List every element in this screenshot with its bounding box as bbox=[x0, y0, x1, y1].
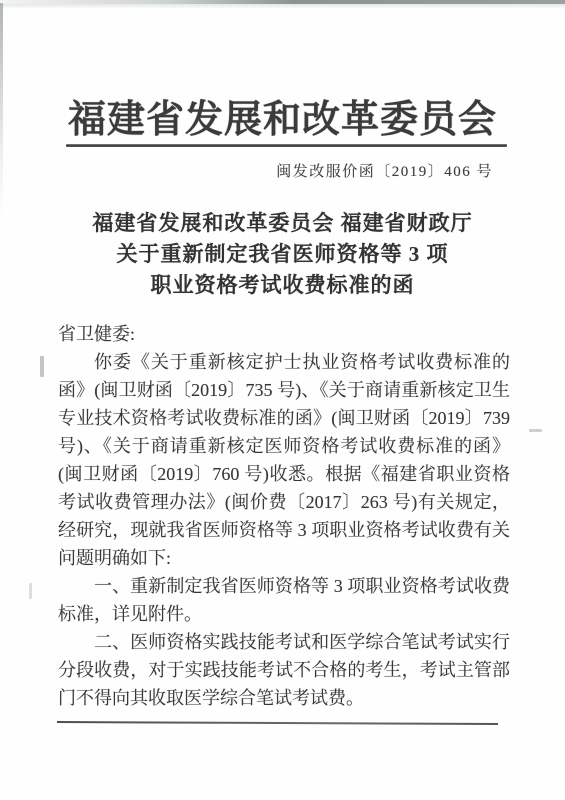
letter-title-line-2: 关于重新制定我省医师资格等 3 项 bbox=[0, 239, 565, 270]
scan-speck-artifact bbox=[40, 356, 44, 377]
header-divider-rule bbox=[66, 144, 507, 147]
body-paragraph-2: 一、重新制定我省医师资格等 3 项职业资格考试收费标准，详见附件。 bbox=[58, 572, 510, 628]
letter-title-line-3: 职业资格考试收费标准的函 bbox=[0, 270, 565, 301]
body-paragraph-1: 你委《关于重新核定护士执业资格考试收费标准的函》(闽卫财函〔2019〕735 号… bbox=[58, 348, 510, 572]
body-paragraph-3: 二、医师资格实践技能考试和医学综合笔试考试实行分段收费，对于实践技能考试不合格的… bbox=[58, 628, 510, 712]
document-number: 闽发改服价函〔2019〕406 号 bbox=[276, 160, 493, 181]
agency-header-title: 福建省发展和改革委员会 bbox=[0, 88, 565, 143]
letter-title-line-1: 福建省发展和改革委员会 福建省财政厅 bbox=[0, 208, 565, 239]
scan-bottom-line-artifact bbox=[57, 721, 498, 725]
scan-speck-artifact bbox=[529, 429, 542, 432]
letter-body: 省卫健委: 你委《关于重新核定护士执业资格考试收费标准的函》(闽卫财函〔2019… bbox=[58, 320, 510, 712]
scan-top-fade-artifact bbox=[0, 4, 565, 9]
salutation: 省卫健委: bbox=[58, 320, 510, 348]
scan-speck-artifact bbox=[29, 583, 32, 599]
letter-title: 福建省发展和改革委员会 福建省财政厅 关于重新制定我省医师资格等 3 项 职业资… bbox=[0, 208, 565, 301]
document-page: 福建省发展和改革委员会 闽发改服价函〔2019〕406 号 福建省发展和改革委员… bbox=[0, 0, 565, 800]
